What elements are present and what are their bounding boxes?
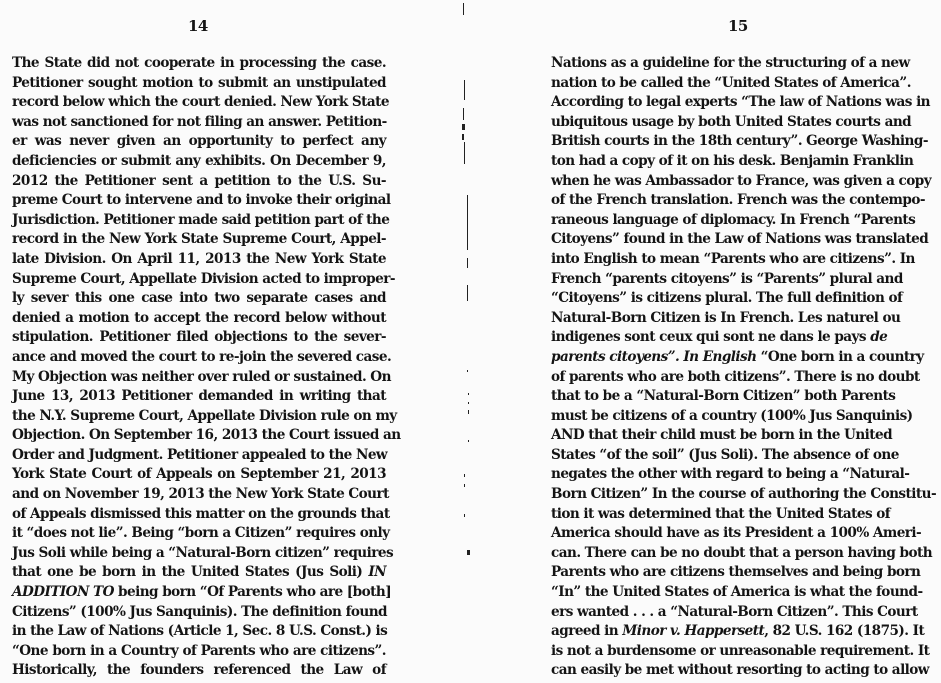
text-line: of parents who are both citizens”. There… <box>551 368 941 388</box>
text-line: tion it was determined that the United S… <box>551 505 941 525</box>
text-line: is not a burdensome or unreasonable requ… <box>551 642 941 662</box>
text-line: can easily be met without resorting to a… <box>551 661 941 681</box>
text-line: negates the other with regard to being a… <box>551 465 941 485</box>
text-line: preme Court to intervene and to invoke t… <box>12 191 386 211</box>
text-line: Parents who are citizens themselves and … <box>551 563 941 583</box>
text-line: record in the New York State Supreme Cou… <box>12 230 386 250</box>
right-page-text: Nations as a guideline for the structuri… <box>551 54 941 681</box>
text-line: Born Citizen” In the course of authoring… <box>551 485 941 505</box>
text-line: record below which the court denied. New… <box>12 93 386 113</box>
text-line: was not sanctioned for not filing an ans… <box>12 113 386 133</box>
text-line: AND that their child must be born in the… <box>551 426 941 446</box>
text-line: and on November 19, 2013 the New York St… <box>12 485 386 505</box>
text-line: parents citoyens”. In English “One born … <box>551 348 941 368</box>
text-line: indigenes sont ceux qui sont ne dans le … <box>551 328 941 348</box>
right-page: 15 Nations as a guideline for the struct… <box>540 0 941 683</box>
text-line: ers wanted . . . a “Natural-Born Citizen… <box>551 603 941 623</box>
text-line: er was never given an opportunity to per… <box>12 132 386 152</box>
text-line: of the French translation. French was th… <box>551 191 941 211</box>
text-line: nation to be called the “United States o… <box>551 74 941 94</box>
text-line: the N.Y. Supreme Court, Appellate Divisi… <box>12 407 386 427</box>
text-line: in the Law of Nations (Article 1, Sec. 8… <box>12 622 386 642</box>
text-line: Natural-Born Citizen is In French. Les n… <box>551 309 941 329</box>
text-line: Supreme Court, Appellate Division acted … <box>12 270 386 290</box>
text-line: My Objection was neither over ruled or s… <box>12 368 386 388</box>
text-line: must be citizens of a country (100% Jus … <box>551 407 941 427</box>
text-line: States “of the soil” (Jus Soli). The abs… <box>551 446 941 466</box>
text-line: Jurisdiction. Petitioner made said petit… <box>12 211 386 231</box>
text-line: Historically, the founders referenced th… <box>12 661 386 681</box>
text-line: late Division. On April 11, 2013 the New… <box>12 250 386 270</box>
text-line: ubiquitous usage by both United States c… <box>551 113 941 133</box>
text-line: ton had a copy of it on his desk. Benjam… <box>551 152 941 172</box>
page-number: 15 <box>728 17 748 35</box>
text-line: “One born in a Country of Parents who ar… <box>12 642 386 662</box>
text-line: that one be born in the United States (J… <box>12 563 386 583</box>
left-page: 14 The State did not cooperate in proces… <box>0 0 400 683</box>
text-line: that to be a “Natural-Born Citizen” both… <box>551 387 941 407</box>
text-line: agreed in Minor v. Happersett, 82 U.S. 1… <box>551 622 941 642</box>
text-line: York State Court of Appeals on September… <box>12 465 386 485</box>
text-line: According to legal experts “The law of N… <box>551 93 941 113</box>
text-line: Petitioner sought motion to submit an un… <box>12 74 386 94</box>
scan-gutter-artifacts <box>460 0 480 683</box>
text-line: raneous language of diplomacy. In French… <box>551 211 941 231</box>
text-line: 2012 the Petitioner sent a petition to t… <box>12 172 386 192</box>
text-line: denied a motion to accept the record bel… <box>12 309 386 329</box>
text-line: “Citoyens” is citizens plural. The full … <box>551 289 941 309</box>
text-line: it “does not lie”. Being “born a Citizen… <box>12 524 386 544</box>
text-line: deficiencies or submit any exhibits. On … <box>12 152 386 172</box>
text-line: Citizens” (100% Jus Sanquinis). The defi… <box>12 603 386 623</box>
text-line: stipulation. Petitioner filed objections… <box>12 328 386 348</box>
text-line: The State did not cooperate in processin… <box>12 54 386 74</box>
page-number: 14 <box>188 17 208 35</box>
text-line: Citoyens” found in the Law of Nations wa… <box>551 230 941 250</box>
text-line: ADDITION TO being born “Of Parents who a… <box>12 583 386 603</box>
text-line: America should have as its President a 1… <box>551 524 941 544</box>
text-line: British courts in the 18th century”. Geo… <box>551 132 941 152</box>
text-line: into English to mean “Parents who are ci… <box>551 250 941 270</box>
text-line: can. There can be no doubt that a person… <box>551 544 941 564</box>
left-page-text: The State did not cooperate in processin… <box>12 54 386 681</box>
text-line: Jus Soli while being a “Natural-Born cit… <box>12 544 386 564</box>
text-line: “In” the United States of America is wha… <box>551 583 941 603</box>
text-line: ly sever this one case into two separate… <box>12 289 386 309</box>
text-line: June 13, 2013 Petitioner demanded in wri… <box>12 387 386 407</box>
text-line: of Appeals dismissed this matter on the … <box>12 505 386 525</box>
text-line: when he was Ambassador to France, was gi… <box>551 172 941 192</box>
text-line: French “parents citoyens” is “Parents” p… <box>551 270 941 290</box>
text-line: Nations as a guideline for the structuri… <box>551 54 941 74</box>
text-line: Objection. On September 16, 2013 the Cou… <box>12 426 386 446</box>
text-line: Order and Judgment. Petitioner appealed … <box>12 446 386 466</box>
text-line: ance and moved the court to re-join the … <box>12 348 386 368</box>
